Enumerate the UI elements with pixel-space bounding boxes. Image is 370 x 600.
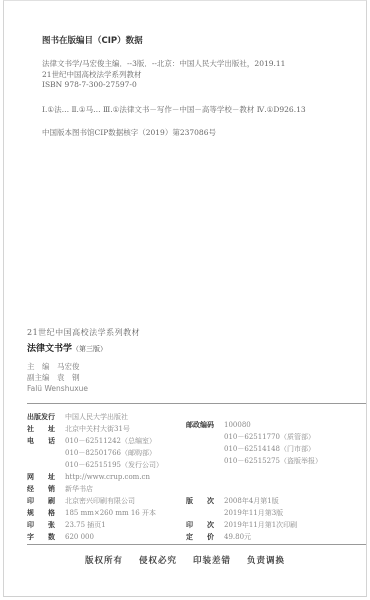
chief-editor-name: 马宏俊: [57, 362, 80, 371]
cip-heading: 图书在版编目（CIP）数据: [42, 34, 143, 46]
cip-classification: Ⅰ.①法… Ⅱ.①马… Ⅲ.①法律文书－写作－中国－高等学校－教材 Ⅳ.①D92…: [42, 104, 306, 115]
pub-row-sheets: 印 张23.75 插页1: [27, 520, 106, 530]
pub-row-printing: 印 次2019年11月第1次印刷: [186, 520, 297, 530]
pub-row-phone-piracy: 010－62515275（盗版举报）: [186, 456, 322, 466]
book-title: 法律文书学（第三版）: [27, 341, 107, 354]
rights-item: 负责调换: [247, 556, 285, 566]
pub-row-phone-3: 010－62515195（发行公司）: [27, 460, 163, 470]
cip-isbn-line: ISBN 978-7-300-27597-0: [42, 80, 137, 89]
deputy-editor-label: 副主编: [27, 372, 57, 383]
copyright-page: 图书在版编目（CIP）数据 法律文书学/马宏俊主编．--3版．--北京：中国人民…: [3, 0, 367, 597]
book-edition: （第三版）: [72, 345, 107, 353]
book-pinyin-title: Falü Wenshuxue: [27, 384, 88, 393]
pub-row-phone: 电 话010－62511242（总编室）: [27, 436, 156, 446]
pub-row-price: 定 价49.80元: [186, 532, 251, 542]
pub-row-edition-2: 2019年11月第3版: [186, 508, 283, 518]
pub-row-postcode: 邮政编码100080: [186, 420, 251, 430]
pub-row-printer: 印 刷北京密兴印刷有限公司: [27, 496, 135, 506]
divider-top: [27, 403, 366, 404]
pub-row-phone-qa: 010－62511770（质管部）: [186, 432, 315, 442]
rights-notice: 版权所有 侵权必究 印装差错 负责调换: [4, 554, 366, 566]
rights-item: 印装差错: [193, 556, 231, 566]
cip-series-line: 21世纪中国高校法学系列教材: [42, 69, 142, 80]
book-series: 21世纪中国高校法学系列教材: [27, 327, 140, 338]
chief-editor: 主 编马宏俊: [27, 361, 80, 372]
pub-row-publisher: 出版发行中国人民大学出版社: [27, 412, 128, 422]
pub-row-website: 网 址http://www.crup.com.cn: [27, 472, 150, 482]
pub-row-phone-store: 010－62514148（门市部）: [186, 444, 315, 454]
pub-row-address: 社 址北京中关村大街31号: [27, 424, 130, 434]
rights-item: 版权所有: [85, 556, 123, 566]
deputy-editor-name: 袁 钢: [57, 373, 80, 382]
pub-row-word-count: 字 数620 000: [27, 532, 94, 542]
chief-editor-label: 主 编: [27, 361, 57, 372]
rights-item: 侵权必究: [139, 556, 177, 566]
divider-bottom: [27, 544, 366, 545]
pub-row-edition: 版 次2008年4月第1版: [186, 496, 279, 506]
pub-row-distributor: 经 销新华书店: [27, 484, 93, 494]
cip-record-line: 法律文书学/马宏俊主编．--3版．--北京：中国人民大学出版社，2019.11: [42, 58, 285, 69]
pub-row-phone-2: 010－82501766（邮购部）: [27, 448, 156, 458]
cip-verification: 中国版本图书馆CIP数据核字（2019）第237086号: [42, 127, 216, 138]
pub-row-format: 规 格185 mm×260 mm 16 开本: [27, 508, 156, 518]
book-title-text: 法律文书学: [27, 344, 72, 354]
deputy-editor: 副主编袁 钢: [27, 372, 80, 383]
